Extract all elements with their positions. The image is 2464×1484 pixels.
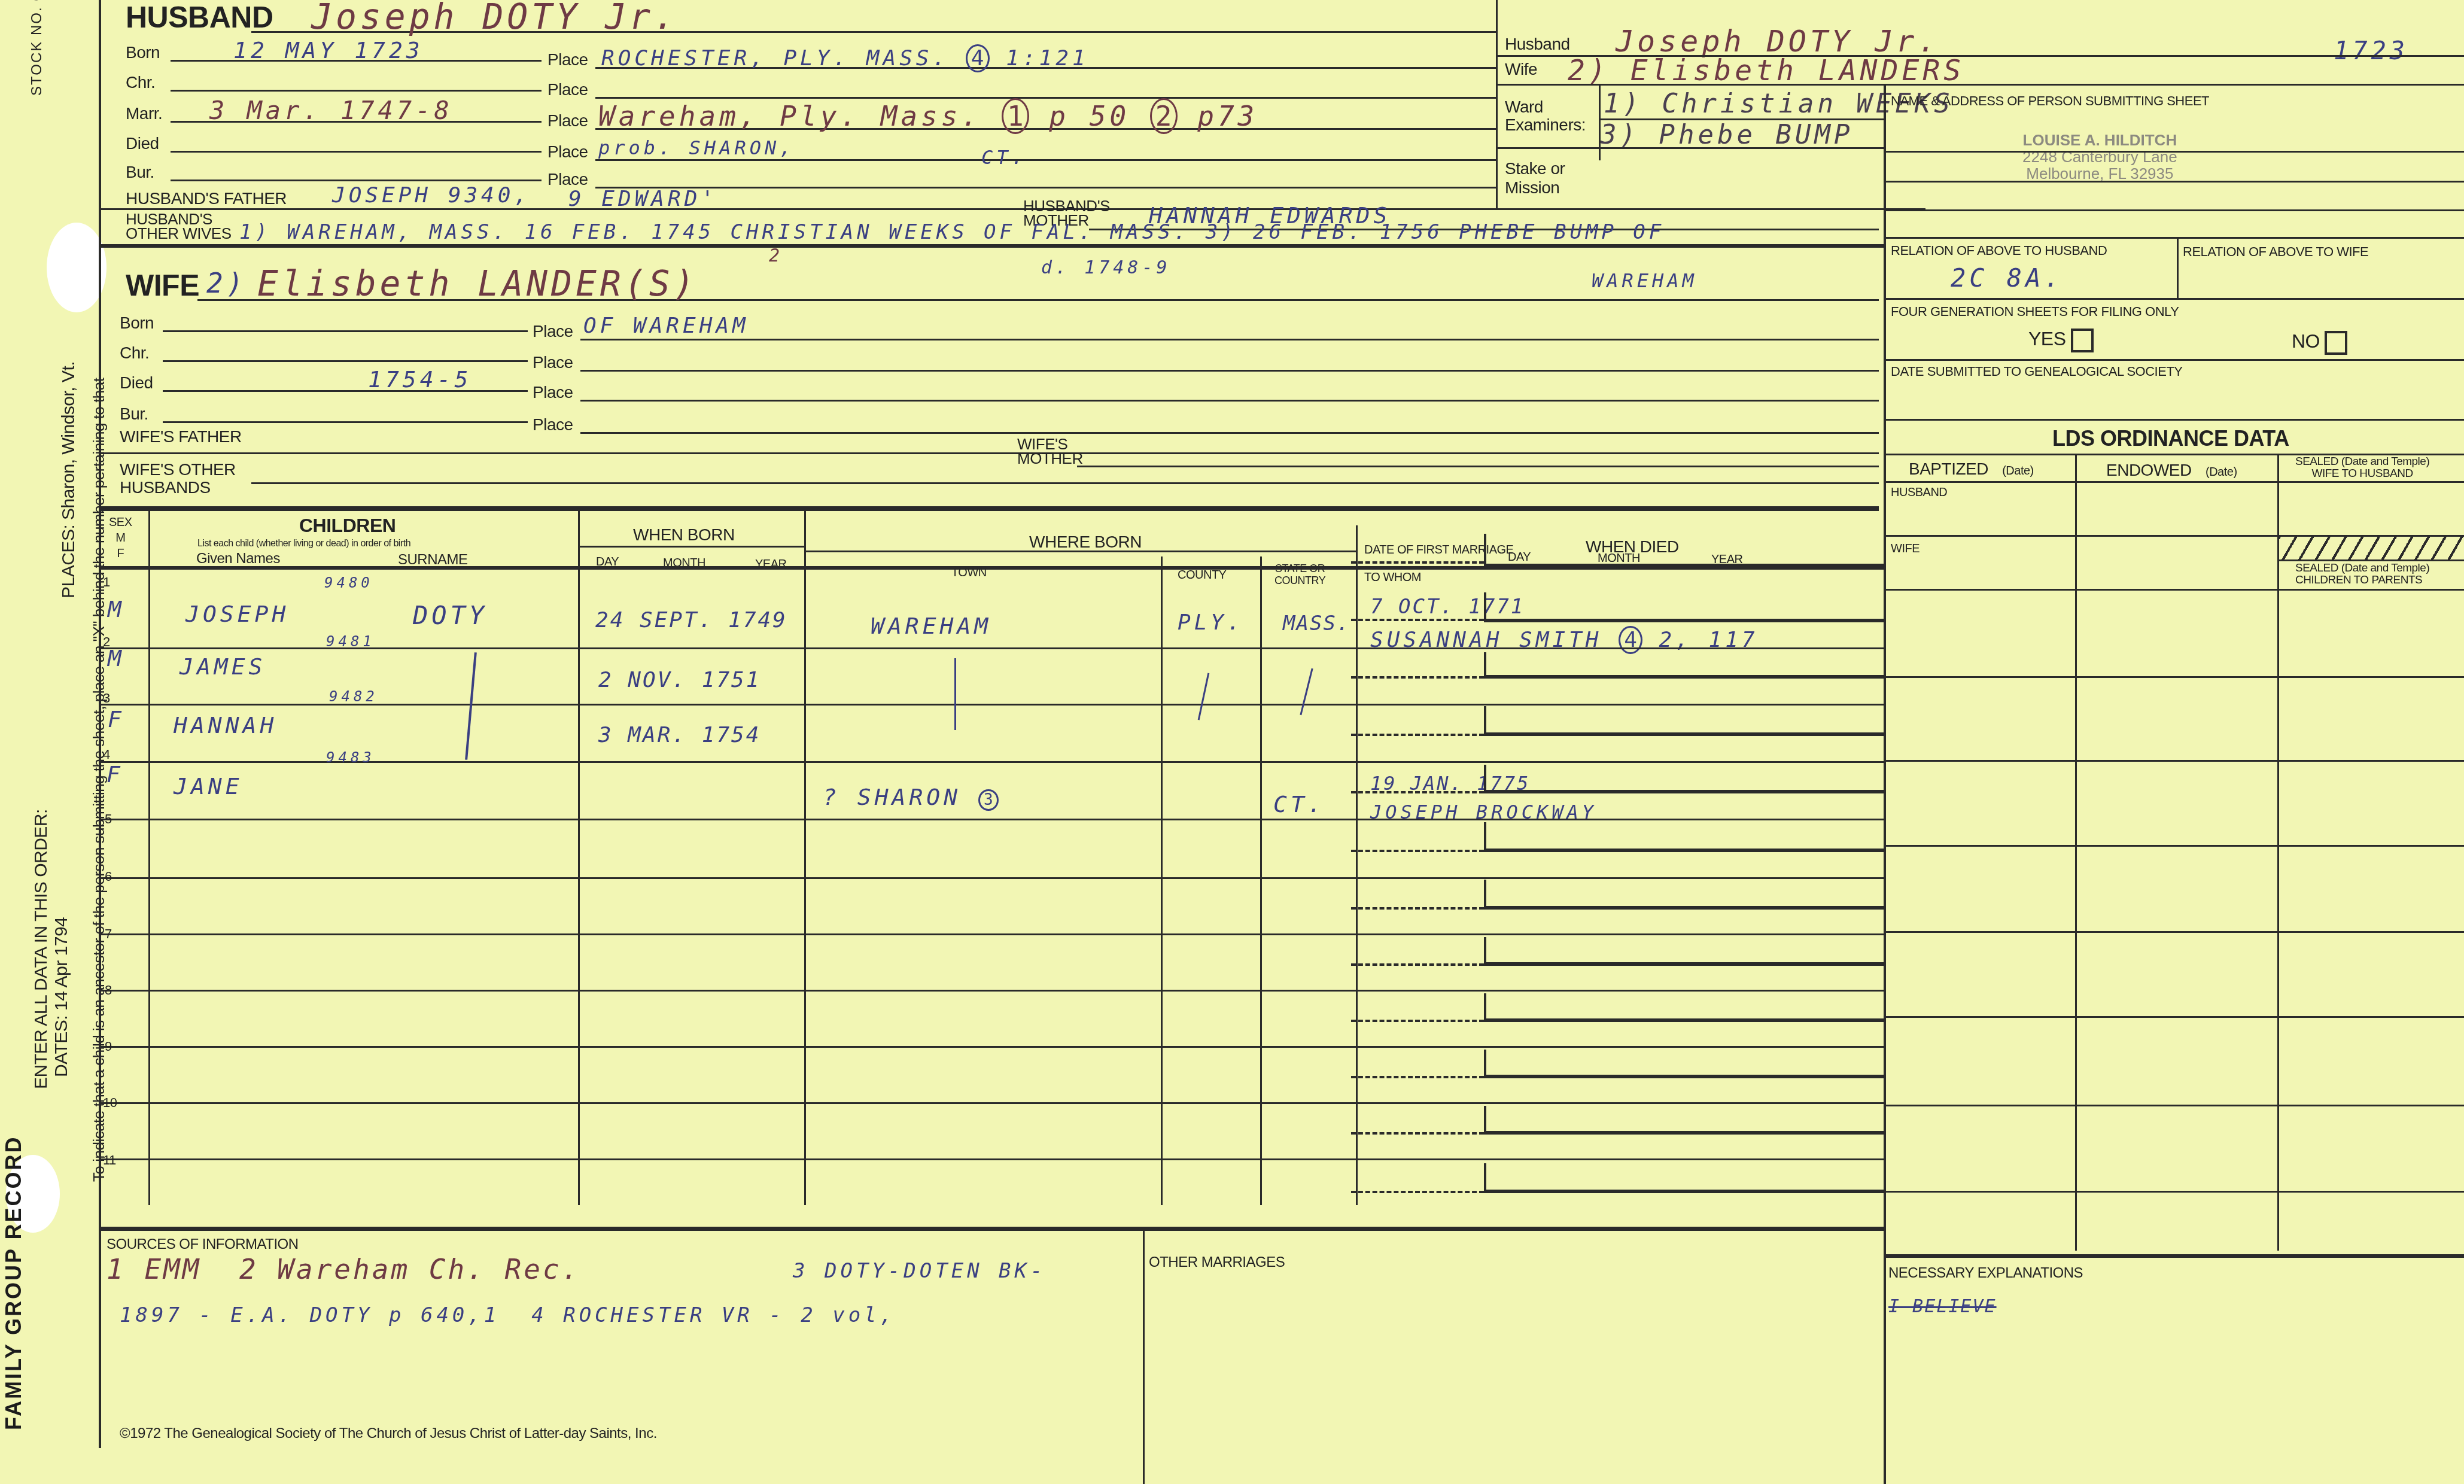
row-divider [101,819,1884,820]
place-label: Place [533,353,573,372]
dashed-rule [1351,850,1484,852]
rule [1886,1016,2464,1018]
left-frame-border [99,0,101,1448]
child-sex[interactable]: M [108,645,125,671]
husband-heading: HUSBAND [126,0,273,35]
chr-label: Chr. [120,343,149,363]
sources-line-2[interactable]: 1897 - E.A. DOTY p 640,1 4 ROCHESTER VR … [120,1303,896,1327]
husband-name[interactable]: Joseph DOTY Jr. [311,0,679,37]
child-spouse[interactable]: SUSANNAH SMITH 4 2, 117 [1370,626,1759,654]
wife-name-note: 2 [769,245,783,266]
other-marriages-border [1143,1229,1145,1484]
died-label: Died [120,373,153,393]
four-gen-label: FOUR GENERATION SHEETS FOR FILING ONLY [1891,304,2179,320]
submitter-stamp: LOUISE A. HILDITCH 2248 Canterbury Lane … [2022,132,2177,182]
checkbox-icon [2071,329,2094,352]
rule [1886,151,2464,153]
wife-prefix: 2) [206,267,247,299]
dashed-rule [1351,1020,1484,1022]
place-label: Place [547,142,588,162]
husbands-father-label: HUSBAND'S FATHER [126,189,287,208]
wifes-mother-label: WIFE'S MOTHER [1017,437,1083,466]
explanations-label: NECESSARY EXPLANATIONS [1888,1265,2083,1282]
explanations-value[interactable]: I BELIEVE [1888,1296,1997,1317]
child-given-name[interactable]: JOSEPH [185,601,289,627]
baptized-header: BAPTIZED (Date) [1909,460,2034,479]
row-number: 7 [105,926,112,942]
wife-born-place[interactable]: OF WAREHAM [583,314,749,338]
rule [163,390,528,392]
child-id: 9481 [326,633,375,650]
rule [101,452,1879,454]
child-birth-town[interactable]: WAREHAM [871,613,991,639]
form-title: FAMILY GROUP RECORD [4,1322,24,1430]
rule [580,370,1879,372]
rule [1484,822,1486,851]
rule [1886,931,2464,933]
husbands-other-wives-cont[interactable]: WAREHAM [1592,269,1698,292]
dashed-rule [1351,907,1484,910]
table-bottom-rule [101,1227,1884,1231]
summary-husband-year[interactable]: 1723 [2334,36,2408,65]
sex-header: SEX M F [109,515,132,561]
died-day-header: DAY [1508,551,1531,564]
rule [1886,845,2464,847]
child-sex[interactable]: F [107,761,124,787]
rule [1484,619,1884,622]
wife-died-date[interactable]: 1754-5 [368,366,471,393]
summary-wife-label: Wife [1505,60,1537,79]
place-label: Place [547,80,588,99]
child-given-name[interactable]: HANNAH [174,712,277,738]
relation-husband-value[interactable]: 2C 8A. [1951,263,2063,293]
died-label: Died [126,134,159,153]
rule [1886,481,2464,483]
rule [1886,298,2464,300]
four-gen-no-checkbox[interactable]: NO [2292,330,2347,355]
place-label: Place [547,111,588,130]
rule [1484,906,1884,910]
rule [171,180,542,181]
rule [580,432,1879,434]
ditto-mark [954,658,956,730]
child-birth-town[interactable]: ? SHARON 3 [823,784,999,811]
husbands-father-value[interactable]: JOSEPH 9340, [332,183,531,208]
child-birth-state[interactable]: CT. [1273,791,1325,817]
source-ref-marker: 2 [1150,98,1178,134]
rule [1886,1105,2464,1106]
rule [580,339,1879,340]
husbands-father-extra[interactable]: 9 EDWARD' [568,187,717,211]
ordinance-col-divider [2075,455,2077,1251]
rule [1484,706,1486,735]
rule [1484,652,1486,677]
child-id: 9482 [329,688,378,705]
sources-line-1a[interactable]: 1 EMM 2 Wareham Ch. Rec. [107,1253,580,1285]
sealed-children-header: SEALED (Date and Temple) CHILDREN TO PAR… [2295,562,2429,586]
checkbox-icon [2325,331,2347,355]
husbands-other-wives-value[interactable]: 1) WAREHAM, MASS. 16 FEB. 1745 CHRISTIAN… [239,220,1665,244]
rule [580,400,1879,402]
enter-order-instruction: ENTER ALL DATA IN THIS ORDER: [31,809,51,1089]
stock-number: STOCK NO. GA [29,0,45,96]
ditto-mark [1300,668,1313,715]
rule [1077,466,1879,467]
ordinance-title: LDS ORDINANCE DATA [2052,426,2289,451]
source-ref-marker: 4 [1619,626,1642,654]
ward-examiners-label: Ward Examiners: [1505,98,1586,134]
rule [1886,1191,2464,1193]
row-divider [101,1102,1884,1104]
sources-label: SOURCES OF INFORMATION [107,1236,299,1253]
row-divider [101,877,1884,879]
places-instruction: PLACES: Sharon, Windsor, Vt. [59,361,79,598]
ditto-mark [1198,673,1210,720]
rule [1886,237,2464,239]
rule [1484,1075,1884,1078]
endowed-header: ENDOWED (Date) [2106,461,2237,480]
rule [1886,359,2464,361]
section-divider [101,244,1884,248]
row-number: 8 [105,983,112,998]
row-number: 3 [103,691,110,706]
relation-husband-label: RELATION OF ABOVE TO HUSBAND [1891,243,2107,259]
source-ref-marker: 4 [966,44,990,72]
row-number: 4 [103,747,110,762]
dashed-rule [1351,1076,1484,1078]
child-birth-state[interactable]: MASS. [1283,612,1350,635]
rule [1484,675,1884,679]
rule [1484,1163,1486,1192]
summary-husband-label: Husband [1505,35,1570,54]
rule [1484,1106,1486,1133]
sources-line-1c[interactable]: 3 DOTY-DOTEN BK- [793,1259,1047,1283]
relation-divider [2177,237,2179,299]
born-label: Born [126,43,160,62]
rule [1886,589,2464,591]
rule [251,482,1879,484]
four-gen-yes-checkbox[interactable]: YES [2028,328,2094,352]
rule [1484,732,1884,736]
rule [595,187,1496,188]
dashed-rule [1351,734,1484,736]
row-number: 1 [103,574,110,590]
rule [171,90,542,92]
husband-born-place[interactable]: ROCHESTER, PLY. MASS. 4 1:121 [601,44,1089,72]
rule [578,546,804,548]
ordinance-wife-row: WIFE [1891,542,1920,556]
ordinance-husband-row: HUSBAND [1891,486,1947,500]
rule [1886,209,2464,211]
place-label: Place [533,322,573,341]
rule [1484,1131,1884,1135]
header-bottom-rule [101,566,1884,570]
rule [163,330,528,332]
chr-label: Chr. [126,73,155,92]
given-names-header: Given Names [196,551,280,567]
rule [1484,765,1486,792]
row-divider [101,1158,1884,1160]
child-birth-date[interactable]: 3 MAR. 1754 [598,723,761,747]
dashed-rule [1351,963,1484,966]
row-divider [101,990,1884,992]
rule [1484,849,1884,852]
date-submitted-label: DATE SUBMITTED TO GENEALOGICAL SOCIETY [1891,364,2183,379]
sex-col-border [148,511,150,1205]
summary-wife-value[interactable]: 2) Elisbeth LANDERS [1568,54,1964,87]
rule [101,208,1925,210]
child-given-name[interactable]: JANE [174,773,243,799]
wifes-father-label: WIFE'S FATHER [120,427,242,446]
bur-label: Bur. [120,405,148,424]
other-wife-death-note[interactable]: d. 1748-9 [1041,257,1171,278]
child-surname[interactable]: DOTY [413,601,488,630]
dashed-rule [1351,1191,1484,1193]
rule [163,360,528,362]
rule [1484,790,1884,793]
children-header: CHILDREN [299,515,396,537]
where-born-header: WHERE BORN [1029,533,1142,552]
rule [1484,962,1884,966]
row-number: 9 [105,1039,112,1054]
husband-marriage-place[interactable]: Wareham, Ply. Mass. 1 p 50 2 p73 [598,98,1258,134]
wife-name[interactable]: Elisbeth LANDER(S) [257,263,698,304]
row-number: 5 [105,811,112,827]
copyright: ©1972 The Genealogical Society of The Ch… [120,1425,657,1442]
examiner-2[interactable]: 3) Phebe BUMP [1601,120,1853,150]
husband-born-date[interactable]: 12 MAY 1723 [233,37,424,63]
dashed-rule [1351,791,1484,793]
to-whom-header: TO WHOM [1364,571,1421,585]
rule [1484,592,1486,620]
husbands-other-wives-label: HUSBAND'S OTHER WIVES [126,212,232,241]
submitter-label: NAME & ADDRESS OF PERSON SUBMITTING SHEE… [1891,93,2209,109]
rule [1484,937,1486,965]
row-number: 6 [105,869,112,884]
marr-label: Marr. [126,104,162,123]
child-sex[interactable]: M [108,596,125,622]
row-divider [101,933,1884,935]
children-subheader: List each child (whether living or dead)… [197,539,410,549]
child-birth-date[interactable]: 24 SEPT. 1749 [595,608,787,632]
dashed-rule [1351,1132,1484,1135]
rule [1484,993,1486,1021]
right-panel-border [1884,85,1886,1484]
punch-hole [47,223,107,312]
county-col-border [1260,556,1262,1205]
husband-died-place-state[interactable]: CT. [981,146,1027,169]
rule [1484,880,1486,908]
rule [171,151,542,153]
born-col-border [804,511,806,1205]
place-label: Place [547,50,588,69]
rule [1886,760,2464,762]
row-divider [101,1046,1884,1048]
when-died-border [1484,534,1486,564]
dashed-rule [1351,561,1484,564]
child-sex[interactable]: F [108,706,125,732]
other-marriages-label: OTHER MARRIAGES [1149,1254,1285,1271]
summary-box-border [1496,0,1498,209]
dashed-rule [1351,676,1484,679]
relation-wife-label: RELATION OF ABOVE TO WIFE [2183,244,2368,260]
bur-label: Bur. [126,163,154,182]
child-birth-county[interactable]: PLY. [1178,610,1244,635]
rule [1484,1018,1884,1022]
section-divider [101,506,1879,511]
husband-marriage-date[interactable]: 3 Mar. 1747-8 [209,96,453,125]
child-given-name[interactable]: JAMES [180,653,266,680]
wifes-other-husbands-label: WIFE'S OTHER HUSBANDS [120,461,236,497]
place-label: Place [533,383,573,402]
row-number: 10 [103,1095,117,1111]
name-col-border [578,511,580,1205]
when-born-header: WHEN BORN [633,525,735,545]
rule [1886,676,2464,678]
rule [1484,1190,1884,1193]
rule [163,421,528,423]
source-ref-marker: 1 [1002,98,1029,134]
rule [1484,1050,1486,1077]
ditto-mark [465,652,477,760]
section-divider [1886,1254,2464,1258]
first-marriage-header: DATE OF FIRST MARRIAGE [1364,543,1513,557]
ordinance-col-divider [2277,455,2279,1251]
dates-instruction: DATES: 14 Apr 1794 [51,917,72,1077]
hatched-area [2279,536,2464,561]
place-label: Place [533,415,573,434]
stake-mission-label: Stake or Mission [1505,159,1565,197]
rule [595,159,1496,161]
row-number: 11 [103,1152,116,1168]
rule [1886,419,2464,421]
child-marriage-date[interactable]: 7 OCT. 1771 [1370,595,1525,619]
rule [1496,147,1885,149]
rule [1886,181,2464,183]
born-label: Born [120,314,154,333]
child-id: 9483 [326,749,375,766]
rule [1496,84,2464,86]
child-birth-date[interactable]: 2 NOV. 1751 [598,668,761,692]
child-id: 9480 [324,574,373,591]
husband-died-place[interactable]: prob. SHARON, [598,136,795,159]
sealed-wife-header: SEALED (Date and Temple) WIFE TO HUSBAND [2295,456,2429,480]
dashed-rule [1351,619,1484,621]
town-col-border [1161,556,1163,1205]
county-header: COUNTY [1178,568,1226,582]
rule [804,551,1356,552]
source-ref-marker: 3 [978,789,999,811]
wife-heading: WIFE [126,268,199,303]
